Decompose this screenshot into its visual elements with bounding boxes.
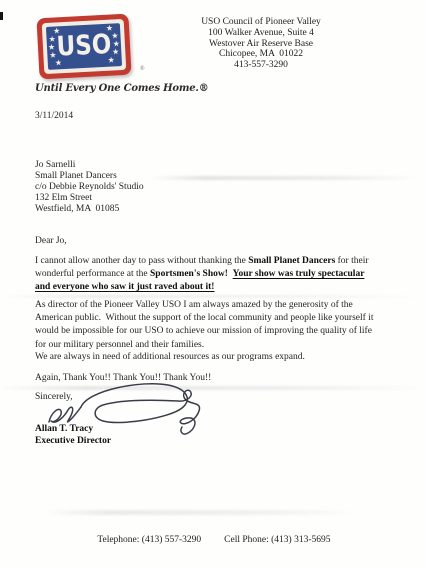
signer-name: Allan T. Tracy [35, 424, 93, 434]
paragraph-3: We are always in need of additional reso… [35, 351, 305, 364]
registered-trademark-symbol: ® [140, 66, 145, 72]
letterhead-address: USO Council of Pioneer Valley 100 Walker… [188, 17, 334, 71]
paragraph-2-line: American public. Without the support of … [35, 312, 373, 325]
body-text-bold: Sportsmen's Show! [150, 269, 228, 279]
footer-cell-phone: Cell Phone: (413) 313-5695 [224, 535, 330, 545]
body-text: wonderful performance at the [35, 269, 150, 279]
paragraph-1-line: wonderful performance at the Sportsmen's… [35, 268, 369, 281]
footer-contact: Telephone: (413) 557-3290Cell Phone: (41… [88, 525, 331, 555]
letterhead-address-line: 413-557-3290 [188, 60, 334, 71]
letter-date: 3/11/2014 [35, 111, 73, 121]
signer-title: Executive Director [35, 436, 111, 446]
uso-logo-patch: ★ ★ ★ ★ ★ ★ ★ ★ ★ ★ USO [36, 14, 131, 80]
body-text-bold: Small Planet Dancers [248, 256, 335, 266]
scan-streak [0, 295, 425, 298]
paragraph-2-line: for our military personnel and their fam… [35, 339, 373, 352]
salutation: Dear Jo, [35, 236, 67, 246]
scan-streak [150, 176, 422, 180]
uso-logo-patch-border: ★ ★ ★ ★ ★ ★ ★ ★ ★ ★ USO [42, 19, 127, 74]
recipient-line: 132 Elm Street [35, 193, 144, 204]
letterhead-address-line: 100 Walker Avenue, Suite 4 [188, 28, 334, 39]
body-text-bold-underline: Your show was truly spectacular [233, 269, 365, 279]
body-text-bold-underline: and everyone who saw it just raved about… [35, 282, 214, 292]
recipient-address: Jo Sarnelli Small Planet Dancers c/o Deb… [35, 160, 144, 215]
body-text: I cannot allow another day to pass witho… [35, 256, 248, 266]
uso-tagline: Until Every One Comes Home.® [35, 83, 209, 94]
paragraph-1-line: and everyone who saw it just raved about… [35, 281, 369, 294]
uso-logo-patch-field: ★ ★ ★ ★ ★ ★ ★ ★ ★ ★ USO [46, 23, 122, 70]
recipient-line: Small Planet Dancers [35, 171, 144, 182]
paragraph-1: I cannot allow another day to pass witho… [35, 255, 369, 295]
letterhead-address-line: USO Council of Pioneer Valley [188, 17, 334, 28]
paragraph-1-line: I cannot allow another day to pass witho… [35, 255, 369, 268]
recipient-line: Jo Sarnelli [35, 160, 144, 171]
recipient-line: Westfield, MA 01085 [35, 204, 144, 215]
letterhead-address-line: Westover Air Reserve Base [188, 39, 334, 50]
recipient-line: c/o Debbie Reynolds' Studio [35, 182, 144, 193]
letter-page: ★ ★ ★ ★ ★ ★ ★ ★ ★ ★ USO ® Until Every On… [0, 0, 425, 569]
scan-streak [45, 510, 360, 515]
scan-edge-artifact [0, 12, 3, 20]
body-text: for their [335, 256, 368, 266]
paragraph-2-line: would be impossible for our USO to achie… [35, 325, 373, 338]
paragraph-2-line: As director of the Pioneer Valley USO I … [35, 299, 373, 312]
footer-telephone: Telephone: (413) 557-3290 [97, 535, 201, 545]
paragraph-2: As director of the Pioneer Valley USO I … [35, 299, 373, 352]
letterhead-address-line: Chicopee, MA 01022 [188, 49, 334, 60]
uso-logo-text: USO [56, 28, 112, 62]
